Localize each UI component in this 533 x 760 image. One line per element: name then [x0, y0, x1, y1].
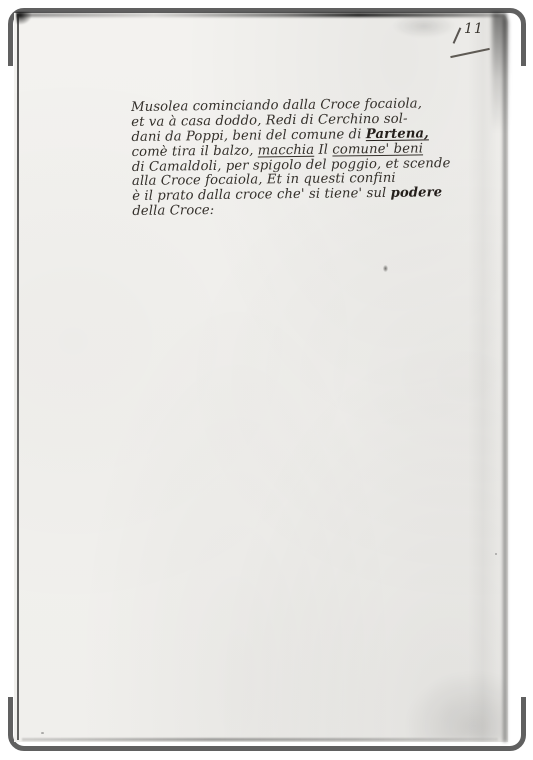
- folio-number: 11: [444, 19, 506, 61]
- paper-speck: [495, 553, 497, 555]
- text-segment: comune' beni: [332, 141, 423, 157]
- text-segment: Partena,: [366, 126, 429, 142]
- text-segment: della Croce:: [132, 203, 214, 219]
- folio-slash-mark: [453, 27, 461, 43]
- page-edge-left: [17, 14, 19, 740]
- frame-gap-mask-right: [519, 66, 532, 697]
- scanned-document-viewer: 11 Musolea cominciando dalla Croce focai…: [0, 0, 533, 760]
- folio-underline: [450, 48, 489, 58]
- text-segment: Il: [314, 142, 332, 157]
- manuscript-page: 11 Musolea cominciando dalla Croce focai…: [14, 13, 508, 742]
- text-segment: comè tira il balzo,: [132, 143, 258, 160]
- text-segment: macchia: [258, 142, 315, 158]
- ink-blot: [383, 265, 388, 272]
- paper-stain-right-band: [468, 13, 498, 742]
- text-segment: podere: [391, 186, 443, 202]
- text-segment: è il prato dalla croce che' si tiene' su…: [132, 186, 391, 204]
- frame-gap-mask-left: [3, 66, 14, 697]
- manuscript-line: della Croce:: [132, 201, 442, 220]
- folio-number-text: 11: [464, 21, 484, 37]
- paper-speck: [41, 732, 44, 734]
- handwritten-text-block: Musolea cominciando dalla Croce focaiola…: [131, 97, 442, 220]
